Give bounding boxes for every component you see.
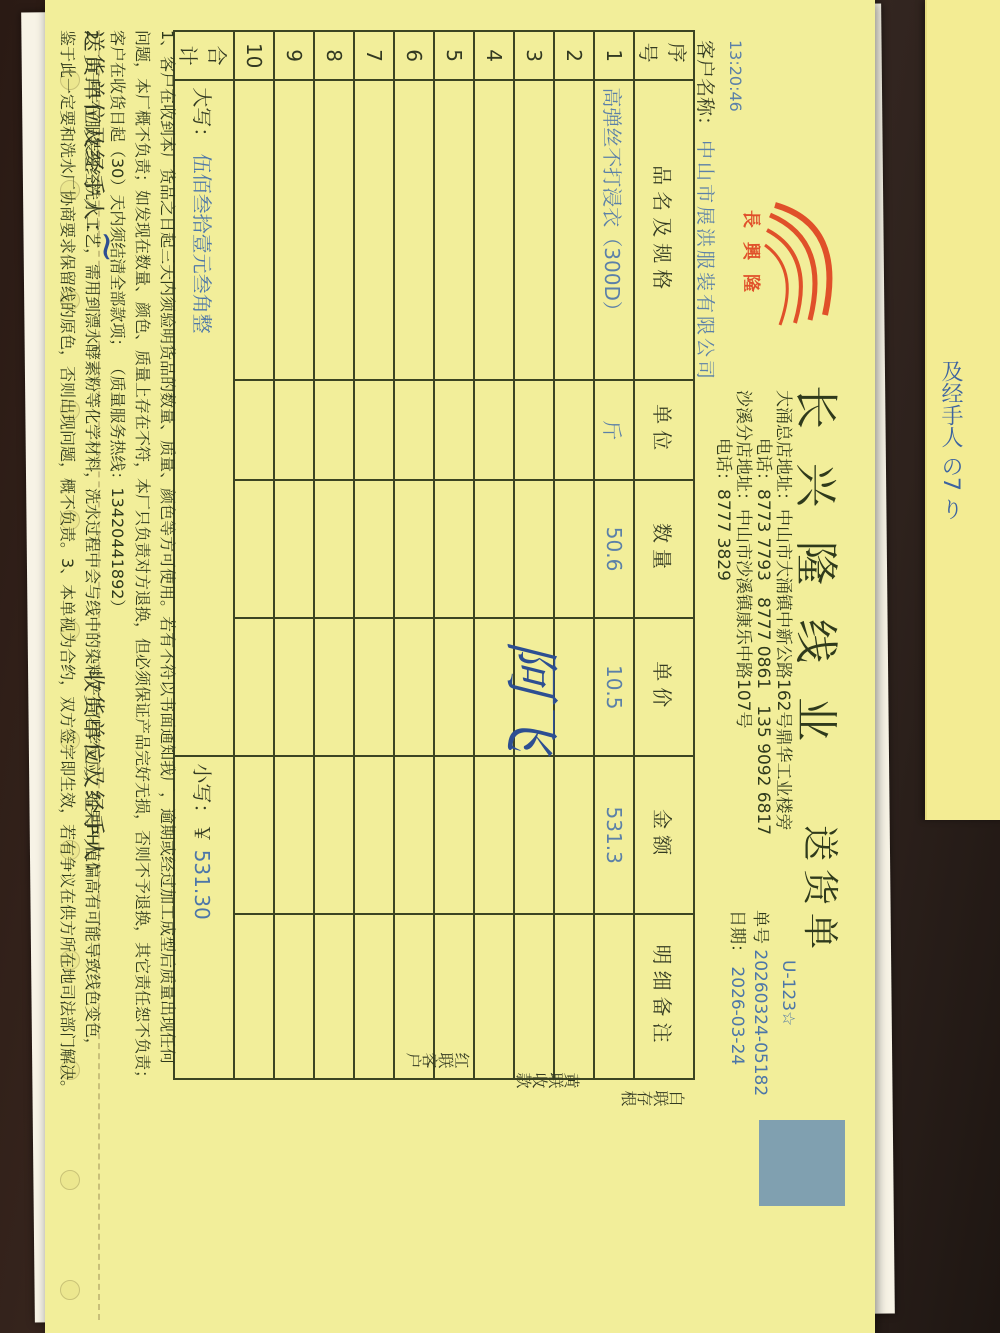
- table-row: 8: [314, 31, 354, 1079]
- background-handwriting: 及经手人 の7 り: [935, 360, 966, 520]
- branch-phone-line: 电话：8777 3829: [713, 438, 738, 581]
- delivery-note: 長興隆 长兴隆线业 送货单 大涌总店地址：中山市大涌镇中新公路162号鼎华工业楼…: [50, 30, 870, 1320]
- company-logo-icon: [755, 185, 855, 335]
- header-note: 明细备注: [634, 914, 694, 1079]
- table-row: 9: [274, 31, 314, 1079]
- receiver-signature: 阿飞: [495, 640, 575, 752]
- order-date: 日期： 2026-03-24: [727, 910, 752, 1065]
- capital-amount: 大写： 伍佰叁拾壹元叁角整: [174, 80, 234, 756]
- table-row: 3: [514, 31, 554, 1079]
- header-unit: 单位: [634, 380, 694, 480]
- sender-signature: ~: [84, 230, 130, 264]
- customer-label: 客户名称：: [693, 40, 720, 135]
- table-row: 5: [434, 31, 474, 1079]
- background-paper-stack: 及经手人 の7 り: [925, 0, 1000, 820]
- order-number: 单号 20260324-05182: [750, 910, 775, 1096]
- stamp-code: U-123☆: [778, 960, 798, 1026]
- copy-red-label: 红联客户: [406, 1050, 470, 1068]
- table-row: 7: [354, 31, 394, 1079]
- small-amount: 小写：￥ 531.30: [174, 756, 234, 1079]
- terms-text: 1、客户在收到本厂货品之日起三天内须验明货品的数量、质量、颜色等方可使用。若有不…: [55, 30, 180, 1290]
- logo-text: 長興隆: [739, 210, 765, 306]
- table-row: 4: [474, 31, 514, 1079]
- document-type: 送货单: [797, 825, 848, 957]
- total-label: 合计: [174, 31, 234, 80]
- header-amount: 金额: [634, 756, 694, 914]
- total-row: 合计 大写： 伍佰叁拾壹元叁角整 小写：￥ 531.30: [174, 31, 234, 1079]
- table-row: 1 高弹丝不打浸衣（300D） 斤 50.6 10.5 531.3: [594, 31, 634, 1079]
- header-no: 序号: [634, 31, 694, 80]
- table-row: 6: [394, 31, 434, 1079]
- receiver-signature-label: 收货单位及经手人：: [79, 670, 110, 886]
- header-name: 品名及规格: [634, 80, 694, 380]
- table-header-row: 序号 品名及规格 单位 数量 单价 金额 明细备注: [634, 31, 694, 1079]
- sender-signature-label: 送货单位及经手人：: [79, 30, 110, 246]
- copy-yellow-label: 黄联收款: [516, 1070, 580, 1088]
- print-time: 13:20:46: [726, 40, 745, 112]
- header-price: 单价: [634, 618, 694, 756]
- items-table: 序号 品名及规格 单位 数量 单价 金额 明细备注 1 高弹丝不打浸衣（300D…: [173, 30, 695, 1080]
- copy-white-label: 白联存根: [621, 1088, 685, 1106]
- qr-code-icon: [759, 1120, 845, 1206]
- header-qty: 数量: [634, 480, 694, 618]
- table-row: 10: [234, 31, 274, 1079]
- customer-name: 中山市展洪服装有限公司: [693, 140, 720, 382]
- table-row: 2: [554, 31, 594, 1079]
